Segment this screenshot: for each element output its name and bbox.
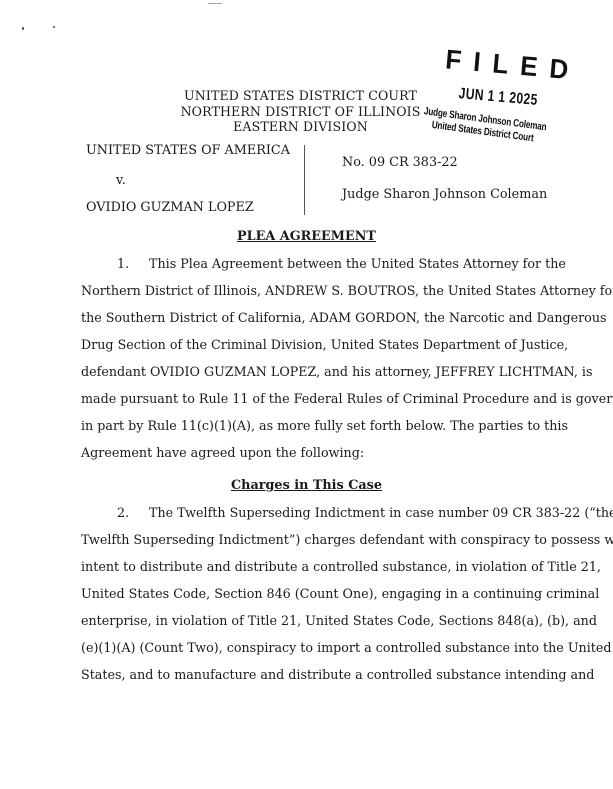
document-page: UNITED STATES DISTRICT COURT NORTHERN DI… xyxy=(0,0,613,789)
paragraph-line: United States Code, Section 846 (Count O… xyxy=(81,586,541,601)
paragraph-line: Drug Section of the Criminal Division, U… xyxy=(81,337,541,352)
paragraph-line: (e)(1)(A) (Count Two), conspiracy to imp… xyxy=(81,640,541,655)
court-district: NORTHERN DISTRICT OF ILLINOIS xyxy=(168,104,433,120)
paragraph-line: intent to distribute and distribute a co… xyxy=(81,559,541,574)
caption-divider xyxy=(304,145,305,215)
court-division: EASTERN DIVISION xyxy=(168,119,433,135)
paragraph-line: States, and to manufacture and distribut… xyxy=(81,667,541,682)
assigned-judge: Judge Sharon Johnson Coleman xyxy=(342,187,547,202)
paragraph-line: Agreement have agreed upon the following… xyxy=(81,445,541,460)
paragraph-line: defendant OVIDIO GUZMAN LOPEZ, and his a… xyxy=(81,364,541,379)
paragraph-line: made pursuant to Rule 11 of the Federal … xyxy=(81,391,541,406)
case-caption: UNITED STATES OF AMERICA v. OVIDIO GUZMA… xyxy=(86,141,546,221)
scan-speck xyxy=(208,3,222,4)
court-header: UNITED STATES DISTRICT COURT NORTHERN DI… xyxy=(168,88,433,135)
case-number: No. 09 CR 383-22 xyxy=(342,155,458,170)
paragraph-number: 1. xyxy=(117,256,129,271)
paragraph-line: the Southern District of California, ADA… xyxy=(81,310,541,325)
paragraph-line: The Twelfth Superseding Indictment in ca… xyxy=(149,505,541,520)
filed-label: FILED xyxy=(444,43,581,87)
paragraph-line: Twelfth Superseding Indictment”) charges… xyxy=(81,532,541,547)
paragraph-line: in part by Rule 11(c)(1)(A), as more ful… xyxy=(81,418,541,433)
defendant-name: OVIDIO GUZMAN LOPEZ xyxy=(86,200,254,215)
paragraph-line: This Plea Agreement between the United S… xyxy=(149,256,541,271)
filed-date: JUN 1 1 2025 xyxy=(458,85,539,110)
plaintiff-name: UNITED STATES OF AMERICA xyxy=(86,143,290,158)
paragraph-number: 2. xyxy=(117,505,129,520)
paragraph-line: Northern District of Illinois, ANDREW S.… xyxy=(81,283,541,298)
paragraph-line: enterprise, in violation of Title 21, Un… xyxy=(81,613,541,628)
section-heading: Charges in This Case xyxy=(0,478,613,493)
document-title: PLEA AGREEMENT xyxy=(0,229,613,244)
versus-label: v. xyxy=(116,173,126,188)
scan-speck xyxy=(53,26,55,28)
scan-speck xyxy=(22,27,24,30)
court-name: UNITED STATES DISTRICT COURT xyxy=(168,88,433,104)
